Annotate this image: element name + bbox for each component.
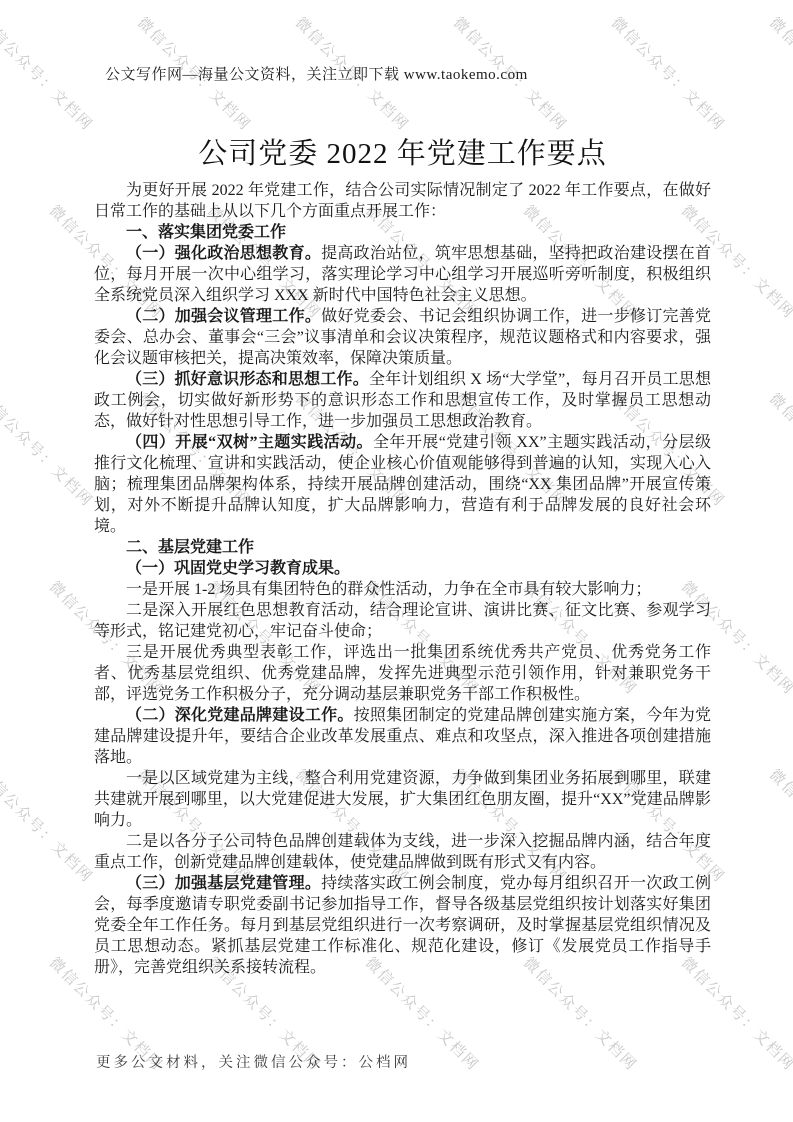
para-text: 一是开展 1-2 场具有集团特色的群众性活动，力争在全市具有较大影响力； — [126, 581, 651, 598]
para-text: 二是深入开展红色思想教育活动，结合理论宣讲、演讲比赛、征文比赛、参观学习等形式，… — [94, 602, 711, 640]
para-lead: （二）加强会议管理工作。 — [126, 308, 321, 325]
para-lead: （三）加强基层党建管理。 — [126, 875, 321, 892]
para-2-2-b: 二是以各分子公司特色品牌创建载体为支线，进一步深入挖掘品牌内涵，结合年度重点工作… — [94, 831, 711, 873]
document-page: 微信公众号：文档网微信公众号：文档网微信公众号：文档网微信公众号：文档网微信公众… — [0, 0, 793, 1122]
heading-2-1: （一）巩固党史学习教育成果。 — [94, 558, 711, 579]
para-2-1-c: 三是开展优秀典型表彰工作，评选出一批集团系统优秀共产党员、优秀党务工作者、优秀基… — [94, 642, 711, 705]
para-1-3: （三）抓好意识形态和思想工作。全年计划组织 X 场“大学堂”，每月召开员工思想政… — [94, 369, 711, 432]
content-layer: 公文写作网—海量公文资料，关注立即下载 www.taokemo.com 公司党委… — [0, 0, 793, 1122]
heading-text: （一）巩固党史学习教育成果。 — [126, 560, 350, 577]
para-lead: （四）开展“双树”主题实践活动。 — [126, 434, 373, 451]
para-intro: 为更好开展 2022 年党建工作，结合公司实际情况制定了 2022 年工作要点，… — [94, 180, 711, 222]
para-1-4: （四）开展“双树”主题实践活动。全年开展“党建引领 XX”主题实践活动，分层级推… — [94, 432, 711, 537]
para-lead: （一）强化政治思想教育。 — [126, 245, 321, 262]
para-1-1: （一）强化政治思想教育。提高政治站位，筑牢思想基础，坚持把政治建设摆在首位，每月… — [94, 243, 711, 306]
para-text: 为更好开展 2022 年党建工作，结合公司实际情况制定了 2022 年工作要点，… — [94, 182, 711, 220]
para-lead: （二）深化党建品牌建设工作。 — [126, 707, 354, 724]
para-2-2: （二）深化党建品牌建设工作。按照集团制定的党建品牌创建实施方案，今年为党建品牌建… — [94, 705, 711, 768]
heading-section-2: 二、基层党建工作 — [94, 537, 711, 558]
heading-section-1: 一、落实集团党委工作 — [94, 222, 711, 243]
header-promo-text: 公文写作网—海量公文资料，关注立即下载 www.taokemo.com — [105, 63, 528, 84]
para-text: 三是开展优秀典型表彰工作，评选出一批集团系统优秀共产党员、优秀党务工作者、优秀基… — [94, 644, 711, 703]
para-2-3: （三）加强基层党建管理。持续落实政工例会制度，党办每月组织召开一次政工例会，每季… — [94, 873, 711, 978]
document-body: 为更好开展 2022 年党建工作，结合公司实际情况制定了 2022 年工作要点，… — [94, 180, 711, 978]
document-title: 公司党委 2022 年党建工作要点 — [94, 131, 711, 172]
heading-text: 二、基层党建工作 — [126, 539, 254, 556]
para-lead: （三）抓好意识形态和思想工作。 — [126, 371, 369, 388]
para-2-2-a: 一是以区域党建为主线，整合利用党建资源，力争做到集团业务拓展到哪里，联建共建就开… — [94, 768, 711, 831]
para-1-2: （二）加强会议管理工作。做好党委会、书记会组织协调工作，进一步修订完善党委会、总… — [94, 306, 711, 369]
footer-promo-text: 更多公文材料，关注微信公众号：公档网 — [96, 1051, 411, 1072]
para-2-1-b: 二是深入开展红色思想教育活动，结合理论宣讲、演讲比赛、征文比赛、参观学习等形式，… — [94, 600, 711, 642]
para-2-1-a: 一是开展 1-2 场具有集团特色的群众性活动，力争在全市具有较大影响力； — [94, 579, 711, 600]
para-text: 一是以区域党建为主线，整合利用党建资源，力争做到集团业务拓展到哪里，联建共建就开… — [94, 770, 711, 829]
heading-text: 一、落实集团党委工作 — [126, 224, 286, 241]
para-text: 二是以各分子公司特色品牌创建载体为支线，进一步深入挖掘品牌内涵，结合年度重点工作… — [94, 833, 711, 871]
